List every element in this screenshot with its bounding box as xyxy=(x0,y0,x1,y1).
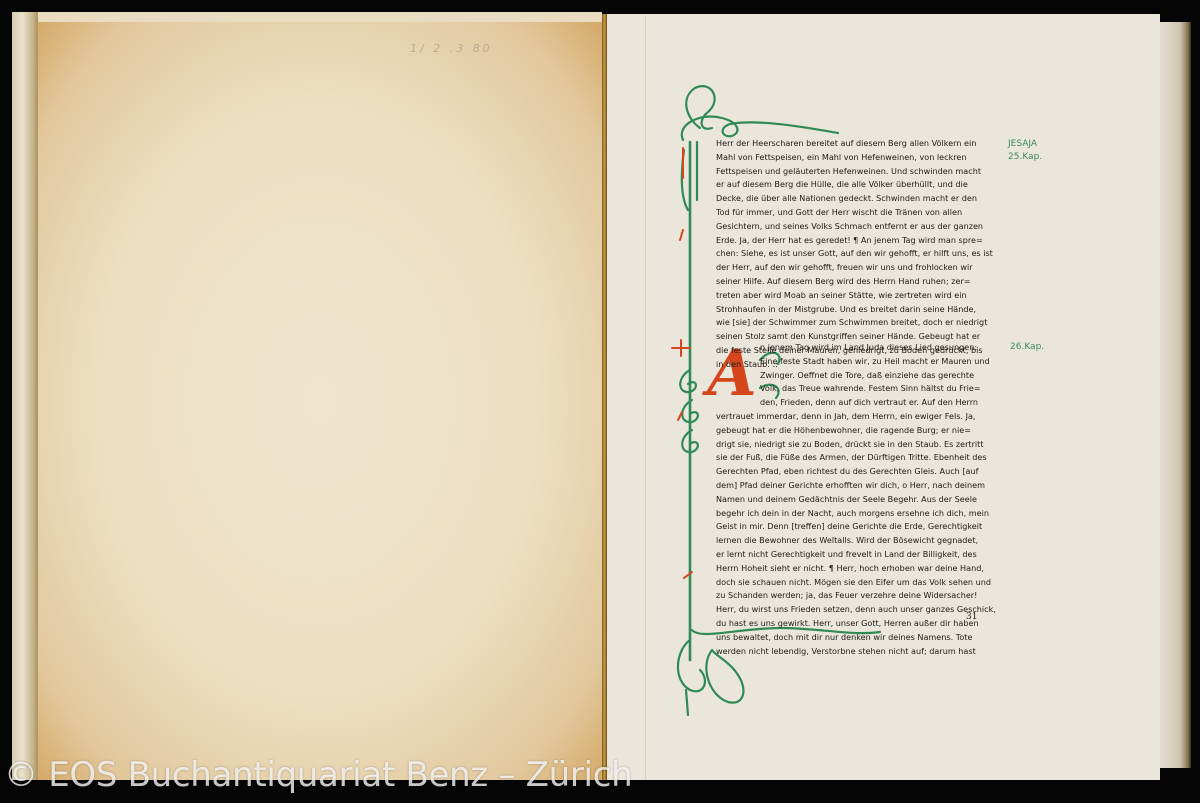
margin-note-chapter-25: 25.Kap. xyxy=(1008,151,1042,163)
text-line: Geist in mir. Denn [treffen] deine Geric… xyxy=(716,520,1006,534)
text-line: seiner Hilfe. Auf diesem Berg wird des H… xyxy=(716,275,1006,289)
text-line: Gesichtern, und seines Volks Schmach ent… xyxy=(716,220,1006,234)
text-line: treten aber wird Moab an seiner Stätte, … xyxy=(716,289,1006,303)
text-line: werden nicht lebendig, Verstorbne stehen… xyxy=(716,645,1006,659)
text-line: lernen die Bewohner des Weltalls. Wird d… xyxy=(716,534,1006,548)
text-line: Herrn Hoheit sieht er nicht. ¶ Herr, hoc… xyxy=(716,562,1006,576)
text-line: den, Frieden, denn auf dich vertraut er.… xyxy=(760,396,1006,410)
text-line: Zwinger. Oeffnet die Tore, daß einziehe … xyxy=(760,369,1006,383)
text-line: begehr ich dein in der Nacht, auch morge… xyxy=(716,507,1006,521)
text-line: Namen und deinem Gedächtnis der Seele Be… xyxy=(716,493,1006,507)
text-line: Erde. Ja, der Herr hat es geredet! ¶ An … xyxy=(716,234,1006,248)
text-line: Herr der Heerscharen bereitet auf diesem… xyxy=(716,137,1006,151)
text-line: Tod für immer, und Gott der Herr wischt … xyxy=(716,206,1006,220)
copyright-watermark: © EOS Buchantiquariat Benz – Zürich xyxy=(4,755,632,795)
page-number: 31 xyxy=(966,612,977,622)
text-line: Strohhaufen in der Mistgrube. Und es bre… xyxy=(716,303,1006,317)
body-text-chapter-26-indented: n jenem Tag wird im Land Juda dieses Lie… xyxy=(760,341,1006,410)
text-line: Gerechten Pfad, eben richtest du des Ger… xyxy=(716,465,1006,479)
margin-note-chapter-26: 26.Kap. xyxy=(1010,341,1044,353)
text-line: drigt sie, niedrigt sie zu Boden, drückt… xyxy=(716,438,1006,452)
text-line: Eine feste Stadt haben wir, zu Heil mach… xyxy=(760,355,1006,369)
body-text-chapter-26: vertrauet immerdar, denn in Jah, dem Her… xyxy=(716,410,1006,658)
text-line: Volk, das Treue wahrende. Festem Sinn hä… xyxy=(760,382,1006,396)
text-line: gebeugt hat er die Höhenbewohner, die ra… xyxy=(716,424,1006,438)
text-line: Decke, die über alle Nationen gedeckt. S… xyxy=(716,192,1006,206)
text-line: vertrauet immerdar, denn in Jah, dem Her… xyxy=(716,410,1006,424)
text-line: doch sie schauen nicht. Mögen sie den Ei… xyxy=(716,576,1006,590)
body-text-chapter-25: Herr der Heerscharen bereitet auf diesem… xyxy=(716,137,1006,372)
text-line: sie der Fuß, die Füße des Armen, der Dür… xyxy=(716,451,1006,465)
margin-note-book: JESAJA xyxy=(1008,138,1037,150)
text-line: Fettspeisen und geläuterten Hefenweinen.… xyxy=(716,165,1006,179)
text-line: du hast es uns gewirkt. Herr, unser Gott… xyxy=(716,617,1006,631)
text-line: der Herr, auf den wir gehofft, freuen wi… xyxy=(716,261,1006,275)
text-line: wie [sie] der Schwimmer zum Schwimmen br… xyxy=(716,316,1006,330)
text-line: chen: Siehe, es ist unser Gott, auf den … xyxy=(716,247,1006,261)
text-line: dem] Pfad deiner Gerichte erhofften wir … xyxy=(716,479,1006,493)
text-line: Herr, du wirst uns Frieden setzen, denn … xyxy=(716,603,1006,617)
text-line: zu Schanden werden; ja, das Feuer verzeh… xyxy=(716,589,1006,603)
text-line: n jenem Tag wird im Land Juda dieses Lie… xyxy=(760,341,1006,355)
text-line: er lernt nicht Gerechtigkeit und frevelt… xyxy=(716,548,1006,562)
text-line: Mahl von Fettspeisen, ein Mahl von Hefen… xyxy=(716,151,1006,165)
text-line: uns bewaltet, doch mit dir nur denken wi… xyxy=(716,631,1006,645)
calligraphic-ornament-icon xyxy=(0,0,1200,803)
text-line: er auf diesem Berg die Hülle, die alle V… xyxy=(716,178,1006,192)
